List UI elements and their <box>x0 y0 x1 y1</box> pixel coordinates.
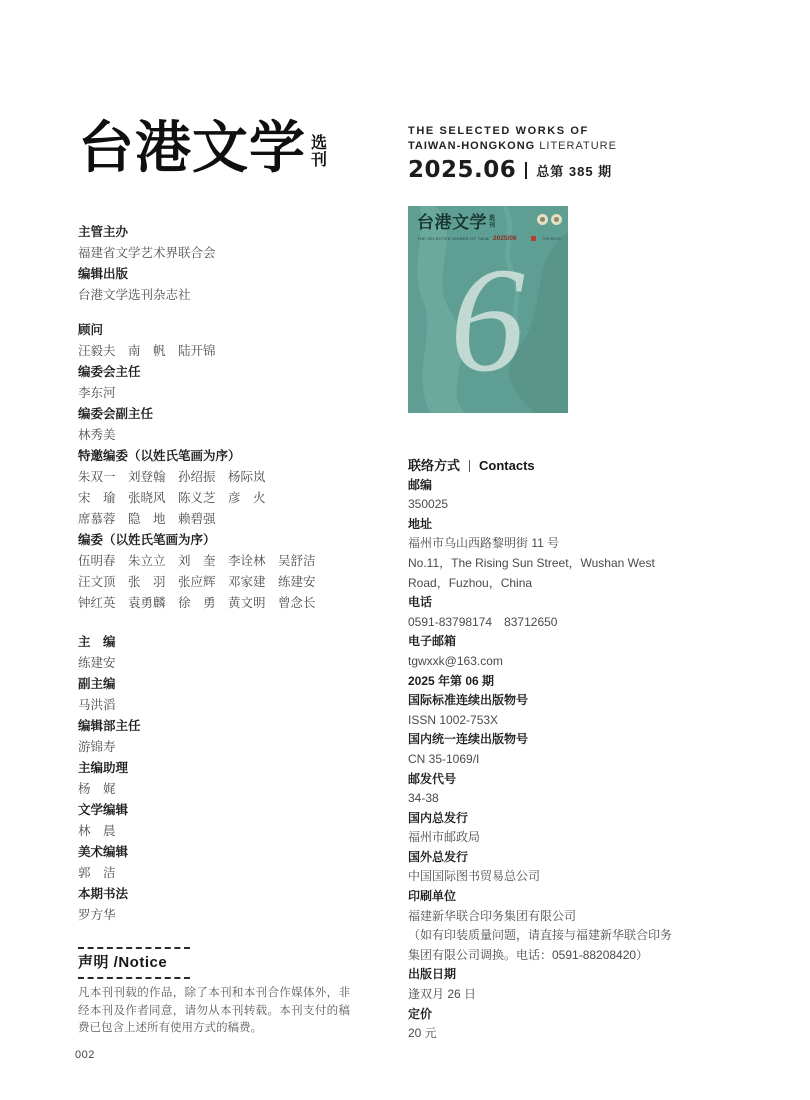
contacts-section: 联络方式 Contacts 邮编350025地址福州市乌山西路黎明街 11 号N… <box>408 456 753 1044</box>
dashed-rule-bottom <box>78 977 190 979</box>
section-value: 汪文顶 张 羽 张应辉 邓家建 练建安 <box>78 572 390 593</box>
contact-label: 邮发代号 <box>408 770 753 790</box>
section-label: 编辑出版 <box>78 264 390 285</box>
logo-sub-char-1: 选 <box>311 135 327 152</box>
section-label: 美术编辑 <box>78 842 390 863</box>
contact-label: 国内统一连续出版物号 <box>408 730 753 750</box>
section-value: 朱双一 刘登翰 孙绍振 杨际岚 <box>78 467 390 488</box>
english-title-rest: LITERATURE <box>535 140 617 152</box>
cover-title-row: 台港文学 选 刊 <box>417 214 562 232</box>
contact-value: 中国国际图书贸易总公司 <box>408 867 753 887</box>
divider-bar <box>525 162 527 179</box>
contacts-title-en: Contacts <box>479 456 535 476</box>
section-label: 特邀编委（以姓氏笔画为序） <box>78 446 390 467</box>
contacts-title-zh: 联络方式 <box>408 456 460 476</box>
section-label: 编委会主任 <box>78 362 390 383</box>
cover-red-mark <box>531 236 537 241</box>
section-value: 汪毅夫 南 帆 陆开锦 <box>78 341 390 362</box>
masthead-group: 主 编练建安副主编马洪滔编辑部主任游锦寿主编助理杨 娓文学编辑林 晨美术编辑郭 … <box>78 632 390 926</box>
contact-label: 定价 <box>408 1005 753 1025</box>
cover-numeral: 6 <box>450 240 525 400</box>
section-value: 台港文学选刊杂志社 <box>78 285 390 306</box>
section-value: 钟红英 袁勇麟 徐 勇 黄文明 曾念长 <box>78 593 390 614</box>
section-value: 郭 洁 <box>78 863 390 884</box>
contact-label: 印刷单位 <box>408 887 753 907</box>
issue-number: 总第 385 期 <box>536 161 612 180</box>
cover-title: 台港文学 <box>417 214 487 232</box>
logo-sub-title: 选 刊 <box>311 135 327 169</box>
section-label: 编辑部主任 <box>78 716 390 737</box>
left-column: 台港文学 选 刊 主管主办福建省文学艺术界联合会编辑出版台港文学选刊杂志社顾问汪… <box>78 0 390 1038</box>
contacts-title: 联络方式 Contacts <box>408 456 753 476</box>
contact-label: 国内总发行 <box>408 809 753 829</box>
contact-value: 20 元 <box>408 1024 753 1044</box>
contact-value: 350025 <box>408 495 753 515</box>
section-value: 练建安 <box>78 653 390 674</box>
section-value: 罗方华 <box>78 905 390 926</box>
section-label: 本期书法 <box>78 884 390 905</box>
section-value: 席慕蓉 隐 地 赖碧强 <box>78 509 390 530</box>
section-value: 杨 娓 <box>78 779 390 800</box>
cover-medallions <box>537 214 562 225</box>
contact-label: 电子邮箱 <box>408 632 753 652</box>
section-label: 编委（以姓氏笔画为序） <box>78 530 390 551</box>
contact-value: 34-38 <box>408 789 753 809</box>
logo-sub-char-2: 刊 <box>311 152 327 169</box>
contact-label: 国外总发行 <box>408 848 753 868</box>
section-label: 主管主办 <box>78 222 390 243</box>
contacts-title-divider <box>469 460 470 472</box>
contact-value: 福州市邮政局 <box>408 828 753 848</box>
cover-issue: 2025/06 <box>493 235 517 242</box>
section-value: 游锦寿 <box>78 737 390 758</box>
masthead: 主管主办福建省文学艺术界联合会编辑出版台港文学选刊杂志社顾问汪毅夫 南 帆 陆开… <box>78 222 390 926</box>
contact-label: 出版日期 <box>408 965 753 985</box>
contact-label: 2025 年第 06 期 <box>408 672 753 692</box>
english-title-bold: TAIWAN-HONGKONG <box>408 140 535 152</box>
cover-tiny-text: THE SELECTED WORKS OF TAIWAN-HONGKONG LI… <box>542 237 562 241</box>
contact-value: CN 35-1069/I <box>408 750 753 770</box>
issue-header: THE SELECTED WORKS OF TAIWAN-HONGKONG LI… <box>408 124 753 183</box>
contact-value: 集团有限公司调换。电话：0591-88208420） <box>408 946 753 966</box>
contact-value: 0591-83798174 83712650 <box>408 613 753 633</box>
contact-label: 电话 <box>408 593 753 613</box>
medallion-icon <box>537 214 548 225</box>
issue-date: 2025.06 <box>408 157 516 183</box>
contact-value: Road，Fuzhou，China <box>408 574 753 594</box>
contact-value: （如有印装质量问题，请直接与福建新华联合印务 <box>408 926 753 946</box>
section-label: 编委会副主任 <box>78 404 390 425</box>
cover-image: 6 台港文学 选 刊 THE SELECTED WORKS OF TAIWAN-… <box>408 206 568 413</box>
cover-masthead: 台港文学 选 刊 THE SELECTED WORKS OF TAIWAN-HO… <box>417 214 562 242</box>
section-label: 主 编 <box>78 632 390 653</box>
english-title-line2: TAIWAN-HONGKONG LITERATURE <box>408 139 753 154</box>
contact-value: ISSN 1002-753X <box>408 711 753 731</box>
medallion-icon <box>551 214 562 225</box>
contact-value: No.11，The Rising Sun Street，Wushan West <box>408 554 753 574</box>
contact-value: tgwxxk@163.com <box>408 652 753 672</box>
section-value: 李东河 <box>78 383 390 404</box>
section-value: 马洪滔 <box>78 695 390 716</box>
cover-sub-char-2: 刊 <box>489 223 495 230</box>
section-label: 主编助理 <box>78 758 390 779</box>
magazine-logo: 台港文学 选 刊 <box>78 118 390 180</box>
logo-main-title: 台港文学 <box>78 118 306 180</box>
section-label: 顾问 <box>78 320 390 341</box>
cover-title-sub: 选 刊 <box>489 216 495 229</box>
notice-body: 凡本刊刊载的作品，除了本刊和本刊合作媒体外，非经本刊及作者同意，请勿从本刊转载。… <box>78 985 350 1038</box>
issue-line: 2025.06 总第 385 期 <box>408 157 753 183</box>
notice-block: 声明 /Notice 凡本刊刊载的作品，除了本刊和本刊合作媒体外，非经本刊及作者… <box>78 947 350 1038</box>
section-value: 伍明春 朱立立 刘 奎 李诠林 吴舒洁 <box>78 551 390 572</box>
contact-label: 地址 <box>408 515 753 535</box>
masthead-group: 主管主办福建省文学艺术界联合会编辑出版台港文学选刊杂志社 <box>78 222 390 306</box>
english-title-line1: THE SELECTED WORKS OF <box>408 124 753 139</box>
section-label: 副主编 <box>78 674 390 695</box>
contact-label: 国际标准连续出版物号 <box>408 691 753 711</box>
right-column: THE SELECTED WORKS OF TAIWAN-HONGKONG LI… <box>408 0 753 1044</box>
masthead-group: 顾问汪毅夫 南 帆 陆开锦编委会主任李东河编委会副主任林秀美特邀编委（以姓氏笔画… <box>78 320 390 614</box>
contact-value: 逢双月 26 日 <box>408 985 753 1005</box>
contact-value: 福建新华联合印务集团有限公司 <box>408 907 753 927</box>
contact-label: 邮编 <box>408 476 753 496</box>
page-number: 002 <box>75 1049 95 1061</box>
section-value: 林秀美 <box>78 425 390 446</box>
contacts-list: 邮编350025地址福州市乌山西路黎明街 11 号No.11，The Risin… <box>408 476 753 1044</box>
section-value: 林 晨 <box>78 821 390 842</box>
dashed-rule-top <box>78 947 190 949</box>
section-label: 文学编辑 <box>78 800 390 821</box>
section-value: 福建省文学艺术界联合会 <box>78 243 390 264</box>
notice-title: 声明 /Notice <box>78 953 350 973</box>
cover-subtitle: THE SELECTED WORKS OF TAIWAN-HONGKONG LI… <box>417 236 489 241</box>
contact-value: 福州市乌山西路黎明街 11 号 <box>408 534 753 554</box>
cover-subtitle-row: THE SELECTED WORKS OF TAIWAN-HONGKONG LI… <box>417 235 562 242</box>
section-value: 宋 瑜 张晓风 陈义芝 彦 火 <box>78 488 390 509</box>
